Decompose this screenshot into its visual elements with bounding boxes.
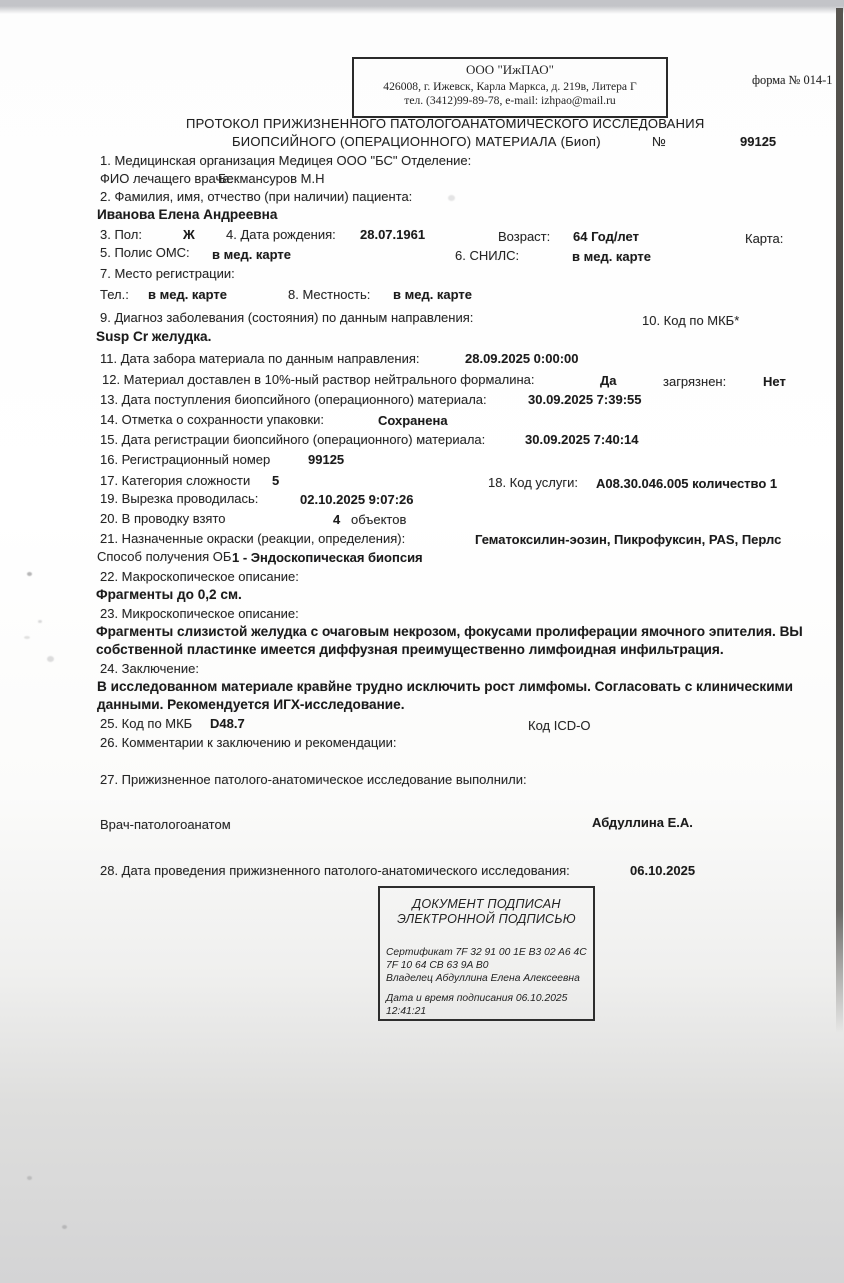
field-20-label: 20. В проводку взято [100, 510, 226, 527]
protocol-number-value: 99125 [740, 133, 776, 150]
age-label: Возраст: [498, 228, 550, 245]
field-6-label: 6. СНИЛС: [455, 247, 519, 264]
patient-name: Иванова Елена Андреевна [97, 206, 277, 223]
field-18-label: 18. Код услуги: [488, 474, 578, 491]
conclusion-line1: В исследованном материале кравйне трудно… [97, 678, 793, 695]
field-5-label: 5. Полис ОМС: [100, 244, 190, 261]
sex-value: Ж [183, 226, 195, 243]
field-20-suffix: объектов [351, 511, 406, 528]
oms-value: в мед. карте [212, 246, 291, 263]
method-value: 1 - Эндоскопическая биопсия [232, 549, 423, 566]
document-title-line2: БИОПСИЙНОГО (ОПЕРАЦИОННОГО) МАТЕРИАЛА (Б… [232, 133, 601, 150]
field-7-label: 7. Место регистрации: [100, 265, 235, 282]
phone-label: Тел.: [100, 286, 129, 303]
form-number: форма № 014-1 [752, 72, 832, 89]
stamp-certificate-line1: Сертификат 7F 32 91 00 1E B3 02 A6 4C [386, 946, 587, 960]
field-14-label: 14. Отметка о сохранности упаковки: [100, 411, 324, 428]
field-21-value: Гематоксилин-эозин, Пикрофуксин, PAS, Пе… [475, 531, 781, 548]
conclusion-line2: данными. Рекомендуется ИГХ-исследование. [97, 696, 405, 713]
field-17-value: 5 [272, 472, 279, 489]
organization-name: ООО "ИжПАО" [354, 62, 666, 78]
field-12-value: Да [600, 372, 617, 389]
diagnosis-value: Susp Cr желудка. [96, 328, 211, 345]
field-1-label: 1. Медицинская организация Медицея ООО "… [100, 152, 471, 169]
electronic-signature-stamp: ДОКУМЕНТ ПОДПИСАН ЭЛЕКТРОННОЙ ПОДПИСЬЮ С… [378, 886, 595, 1021]
field-11-label: 11. Дата забора материала по данным напр… [100, 350, 420, 367]
contaminated-label: загрязнен: [663, 373, 726, 390]
field-20-value: 4 [333, 511, 340, 528]
icdo-code-label: Код ICD-O [528, 717, 591, 734]
field-13-label: 13. Дата поступления биопсийного (операц… [100, 391, 487, 408]
scan-speck [24, 636, 30, 639]
field-2-label: 2. Фамилия, имя, отчество (при наличии) … [100, 188, 412, 205]
field-12-label: 12. Материал доставлен в 10%-ный раствор… [102, 371, 534, 388]
field-9-label: 9. Диагноз заболевания (состояния) по да… [100, 309, 473, 326]
pathologist-label: Врач-патологоанатом [100, 816, 231, 833]
field-3-label: 3. Пол: [100, 226, 142, 243]
field-26-label: 26. Комментарии к заключению и рекоменда… [100, 734, 397, 751]
contaminated-value: Нет [763, 373, 786, 390]
organization-header-box: ООО "ИжПАО" 426008, г. Ижевск, Карла Мар… [352, 57, 668, 118]
phone-value: в мед. карте [148, 286, 227, 303]
scan-speck [448, 195, 455, 201]
field-15-value: 30.09.2025 7:40:14 [525, 431, 638, 448]
field-25-label: 25. Код по МКБ [100, 715, 192, 732]
attending-doctor-label: ФИО лечащего врача: [100, 170, 233, 187]
card-label: Карта: [745, 230, 783, 247]
field-13-value: 30.09.2025 7:39:55 [528, 391, 641, 408]
macro-description: Фрагменты до 0,2 см. [96, 586, 242, 603]
field-18-value: А08.30.046.005 количество 1 [596, 475, 777, 492]
field-25-value: D48.7 [210, 715, 245, 732]
protocol-number-label: № [652, 133, 666, 150]
scan-speck [47, 656, 54, 662]
organization-contact: тел. (3412)99-89-78, e-mail: izhpao@mail… [354, 94, 666, 107]
attending-doctor-value: Бекмансуров М.Н [218, 170, 324, 187]
stamp-owner: Владелец Абдуллина Елена Алексеевна [386, 972, 580, 986]
field-4-label: 4. Дата рождения: [226, 226, 336, 243]
field-19-value: 02.10.2025 9:07:26 [300, 491, 413, 508]
field-27-label: 27. Прижизненное патолого-анатомическое … [100, 771, 527, 788]
field-24-label: 24. Заключение: [100, 660, 199, 677]
pathologist-name: Абдуллина Е.А. [592, 814, 693, 831]
scan-speck [27, 1176, 32, 1180]
scanned-biopsy-protocol-document: ООО "ИжПАО" 426008, г. Ижевск, Карла Мар… [0, 0, 844, 1283]
stamp-title-line1: ДОКУМЕНТ ПОДПИСАН [380, 897, 593, 911]
scan-speck [27, 572, 32, 576]
field-28-label: 28. Дата проведения прижизненного патоло… [100, 862, 570, 879]
organization-address: 426008, г. Ижевск, Карла Маркса, д. 219в… [354, 80, 666, 93]
field-14-value: Сохранена [378, 412, 448, 429]
field-23-label: 23. Микроскопическое описание: [100, 605, 299, 622]
field-19-label: 19. Вырезка проводилась: [100, 490, 258, 507]
stamp-date-line2: 12:41:21 [386, 1005, 426, 1019]
scan-speck [62, 1225, 67, 1229]
stamp-certificate-line2: 7F 10 64 CB 63 9A B0 [386, 959, 488, 973]
document-title-line1: ПРОТОКОЛ ПРИЖИЗНЕННОГО ПАТОЛОГОАНАТОМИЧЕ… [186, 115, 704, 132]
birth-date-value: 28.07.1961 [360, 226, 425, 243]
field-22-label: 22. Макроскопическое описание: [100, 568, 299, 585]
micro-description-line2: собственной пластинке имеется диффузная … [96, 641, 724, 658]
scan-speck [38, 620, 42, 623]
snils-value: в мед. карте [572, 248, 651, 265]
micro-description-line1: Фрагменты слизистой желудка с очаговым н… [96, 623, 803, 640]
method-label: Способ получения ОБ [97, 548, 231, 565]
field-28-value: 06.10.2025 [630, 862, 695, 879]
field-16-value: 99125 [308, 451, 344, 468]
scan-edge-shadow [836, 8, 843, 1033]
stamp-title-line2: ЭЛЕКТРОННОЙ ПОДПИСЬЮ [380, 912, 593, 926]
stamp-date-line1: Дата и время подписания 06.10.2025 [386, 992, 567, 1006]
field-16-label: 16. Регистрационный номер [100, 451, 270, 468]
field-17-label: 17. Категория сложности [100, 472, 250, 489]
field-10-label: 10. Код по МКБ* [642, 312, 739, 329]
field-15-label: 15. Дата регистрации биопсийного (операц… [100, 431, 485, 448]
field-8-value: в мед. карте [393, 286, 472, 303]
field-11-value: 28.09.2025 0:00:00 [465, 350, 578, 367]
field-21-label: 21. Назначенные окраски (реакции, опреде… [100, 530, 405, 547]
field-8-label: 8. Местность: [288, 286, 370, 303]
age-value: 64 Год/лет [573, 228, 639, 245]
